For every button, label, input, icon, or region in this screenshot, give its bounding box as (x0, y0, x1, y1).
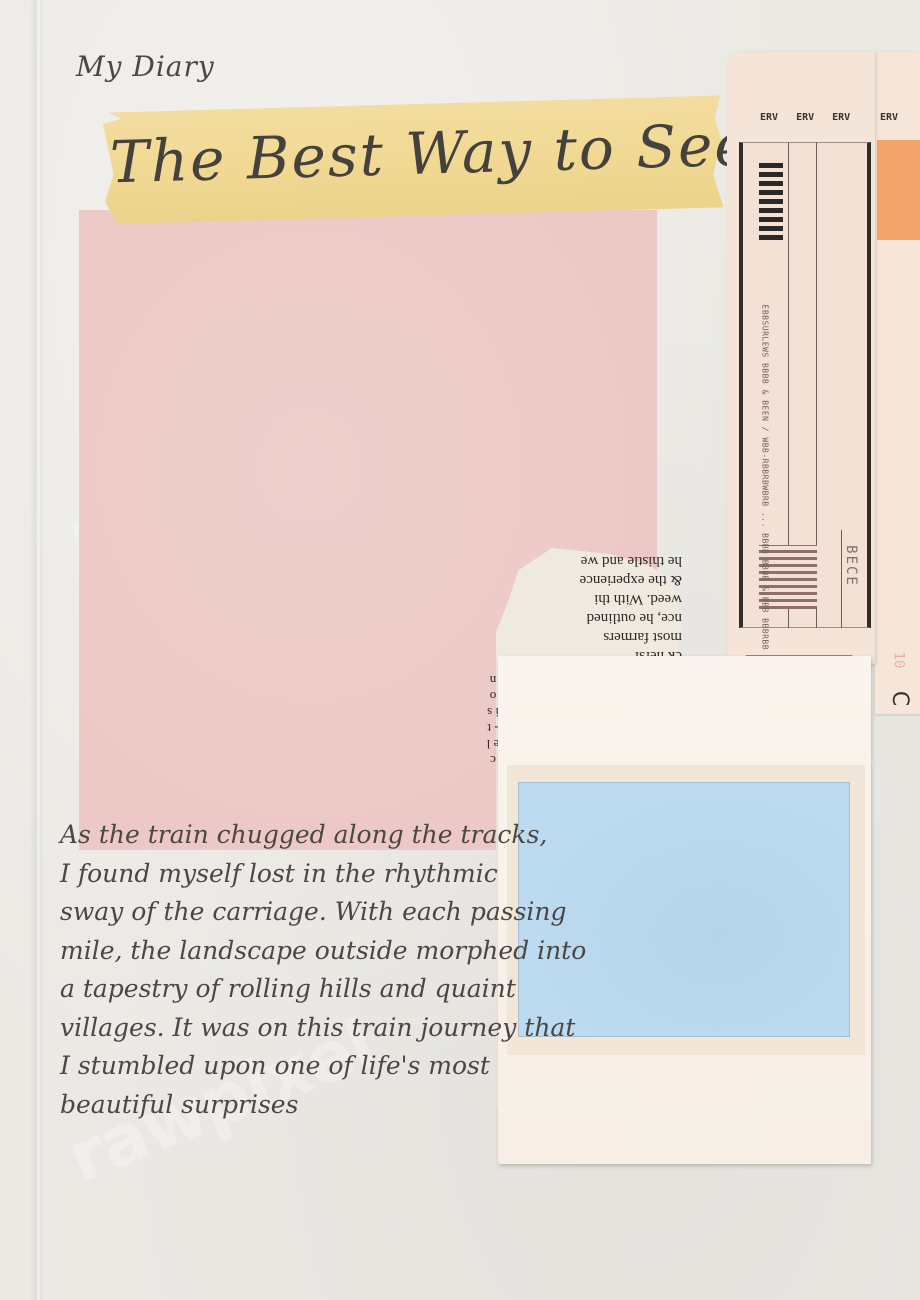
diary-label: My Diary (76, 50, 215, 83)
diary-line: a tapestry of rolling hills and quaint (60, 970, 660, 1009)
page-fold (30, 0, 44, 1300)
ticket-vertical-text: EBBSURLEWS BBBB & BEEN / WBB-RBBRBWBRB .… (761, 305, 770, 455)
ticket-orange-band (877, 140, 920, 240)
ticket-divider (841, 530, 842, 628)
diary-line: villages. It was on this train journey t… (60, 1009, 660, 1048)
barcode-icon (759, 160, 783, 240)
diary-line: I stumbled upon one of life's most (60, 1047, 660, 1086)
ticket-codes: ERV ERV ERV (760, 112, 850, 123)
diary-line: sway of the carriage. With each passing (60, 893, 660, 932)
newspaper-text: ck nersi most farmers nce, he outlined w… (506, 553, 682, 665)
diary-line: I found myself lost in the rhythmic (60, 855, 660, 894)
ticket-number: 10 (890, 652, 906, 669)
ticket-code: ERV (880, 112, 898, 123)
diary-line: mile, the landscape outside morphed into (60, 932, 660, 971)
diary-line: beautiful surprises (60, 1086, 660, 1125)
ticket-code: ERV (796, 112, 814, 123)
ticket-code: ERV (760, 112, 778, 123)
diary-line: As the train chugged along the tracks, (60, 816, 660, 855)
ticket-code: ERV (832, 112, 850, 123)
ticket-letter: C (887, 691, 912, 706)
ticket-code-stamp: BECE (843, 545, 859, 587)
diary-entry: As the train chugged along the tracks, I… (60, 816, 660, 1124)
